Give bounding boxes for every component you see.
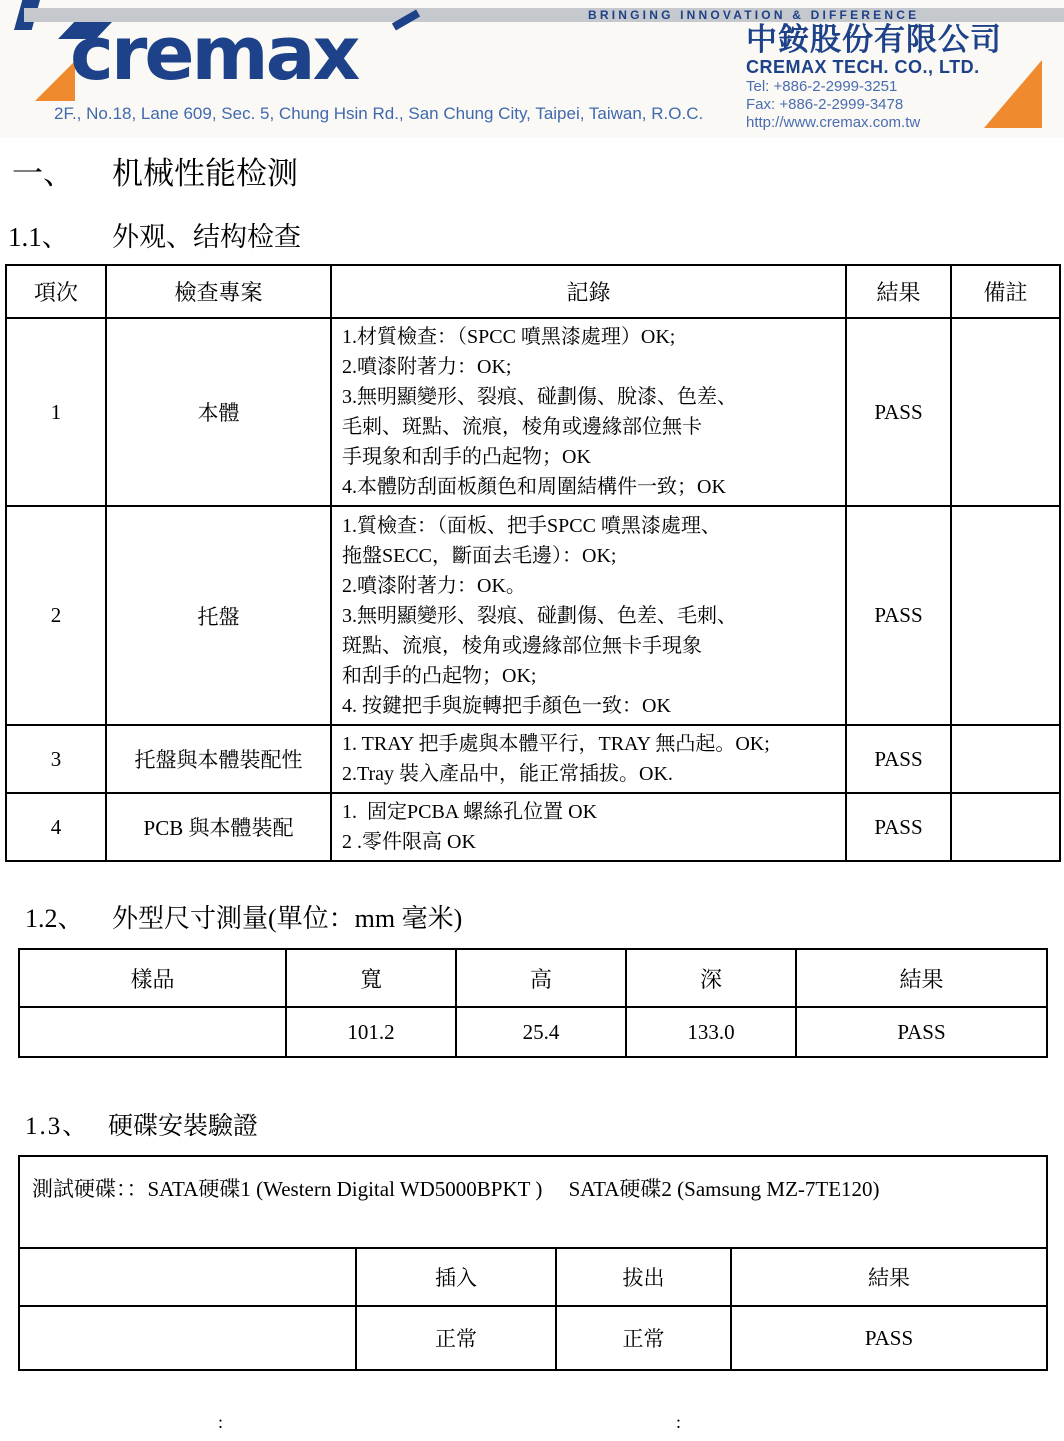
row1-note [951,318,1060,506]
drive-test-remove: 正常 [556,1306,731,1370]
report-page: BRINGING INNOVATION & DIFFERENCE cremax … [0,0,1064,1441]
section1-2-number: 1.2、 [25,898,84,935]
dimension-width: 101.2 [286,1007,456,1057]
col-header-sample: 樣品 [19,949,286,1007]
dimension-sample [19,1007,286,1057]
row3-no: 3 [6,725,106,793]
row4-note [951,793,1060,861]
row3-item: 托盤與本體裝配性 [106,725,331,793]
company-website: http://www.cremax.com.tw [746,114,1002,132]
table-row: 測試硬碟：：SATA硬碟1 (Western Digital WD5000BPK… [19,1156,1047,1248]
col-header-height: 高 [456,949,626,1007]
row2-record: 1.質檢查：（面板、把手SPCC 噴黑漆處理、 拖盤SECC，斷面去毛邊）：OK… [331,506,846,725]
col-header-result: 結果 [731,1248,1047,1306]
section1-3-number: 1.3、 [25,1106,89,1142]
section1-1-title: 外观、结构检查 [112,215,301,254]
dimension-table-wrap: 樣品 寬 高 深 結果 101.2 25.4 133.0 PASS [18,948,1046,1058]
row1-result: PASS [846,318,951,506]
col-header-inspect-item: 檢查專案 [106,265,331,318]
row4-item: PCB 與本體裝配 [106,793,331,861]
row2-note [951,506,1060,725]
inspection-table-wrap: 項次 檢查專案 記錄 結果 備註 1 本體 1.材質檢查：（SPCC 噴黑漆處理… [5,264,1059,862]
row2-result: PASS [846,506,951,725]
inspection-table: 項次 檢查專案 記錄 結果 備註 1 本體 1.材質檢查：（SPCC 噴黑漆處理… [5,264,1061,862]
drive-test-table-wrap: 測試硬碟：：SATA硬碟1 (Western Digital WD5000BPK… [18,1155,1046,1371]
section1-3-title: 硬碟安裝驗證 [108,1106,258,1142]
table-row: 2 托盤 1.質檢查：（面板、把手SPCC 噴黑漆處理、 拖盤SECC，斷面去毛… [6,506,1060,725]
row2-item: 托盤 [106,506,331,725]
col-header-record: 記錄 [331,265,846,318]
col-header-remove: 拔出 [556,1248,731,1306]
drive-test-insert: 正常 [356,1306,556,1370]
row1-item: 本體 [106,318,331,506]
drive-test-result: PASS [731,1306,1047,1370]
table-row: 3 托盤與本體裝配性 1. TRAY 把手處與本體平行，TRAY 無凸起。OK;… [6,725,1060,793]
section1-1-number: 1.1、 [8,215,69,254]
inspection-table-header-row: 項次 檢查專案 記錄 結果 備註 [6,265,1060,318]
table-row: 1 本體 1.材質檢查：（SPCC 噴黑漆處理）OK; 2.噴漆附著力：OK; … [6,318,1060,506]
dimension-height: 25.4 [456,1007,626,1057]
dimension-depth: 133.0 [626,1007,796,1057]
dimension-table-header-row: 樣品 寬 高 深 結果 [19,949,1047,1007]
dimension-table: 樣品 寬 高 深 結果 101.2 25.4 133.0 PASS [18,948,1048,1058]
footer-colon: : [676,1412,681,1433]
col-header-result: 結果 [796,949,1047,1007]
col-header-item-no: 項次 [6,265,106,318]
dimension-result: PASS [796,1007,1047,1057]
col-header-depth: 深 [626,949,796,1007]
drive-test-table: 測試硬碟：：SATA硬碟1 (Western Digital WD5000BPK… [18,1155,1048,1371]
row3-result: PASS [846,725,951,793]
col-header-width: 寬 [286,949,456,1007]
test-drives-line: 測試硬碟：：SATA硬碟1 (Western Digital WD5000BPK… [19,1156,1047,1248]
row4-result: PASS [846,793,951,861]
col-header-result: 結果 [846,265,951,318]
footer-colon: : [218,1412,223,1433]
col-header-note: 備註 [951,265,1060,318]
table-row: 4 PCB 與本體裝配 1. 固定PCBA 螺絲孔位置 OK 2 .零件限高 O… [6,793,1060,861]
row4-record: 1. 固定PCBA 螺絲孔位置 OK 2 .零件限高 OK [331,793,846,861]
row3-note [951,725,1060,793]
section1-title: 机械性能检测 [112,148,298,193]
drive-test-header-row: 插入 拔出 結果 [19,1248,1047,1306]
company-contact-block: 中銨股份有限公司 CREMAX TECH. CO., LTD. Tel: +88… [746,24,1002,132]
row2-no: 2 [6,506,106,725]
table-row: 101.2 25.4 133.0 PASS [19,1007,1047,1057]
drive-test-blank-cell [19,1306,356,1370]
company-tel: Tel: +886-2-2999-3251 [746,78,1002,96]
cremax-logo: cremax [70,16,357,94]
row3-record: 1. TRAY 把手處與本體平行，TRAY 無凸起。OK; 2.Tray 裝入產… [331,725,846,793]
letterhead: BRINGING INNOVATION & DIFFERENCE cremax … [0,0,1064,138]
col-header-insert: 插入 [356,1248,556,1306]
company-address: 2F., No.18, Lane 609, Sec. 5, Chung Hsin… [54,104,703,124]
drive-test-blank-cell [19,1248,356,1306]
row1-record: 1.材質檢查：（SPCC 噴黑漆處理）OK; 2.噴漆附著力：OK; 3.無明顯… [331,318,846,506]
company-tagline: BRINGING INNOVATION & DIFFERENCE [588,8,919,22]
row4-no: 4 [6,793,106,861]
logo-triangle-icon [35,61,75,101]
row1-no: 1 [6,318,106,506]
company-name-english: CREMAX TECH. CO., LTD. [746,57,1002,78]
section1-2-title: 外型尺寸測量(單位：mm 毫米) [112,898,462,935]
company-name-chinese: 中銨股份有限公司 [746,24,1002,57]
company-fax: Fax: +886-2-2999-3478 [746,96,1002,114]
table-row: 正常 正常 PASS [19,1306,1047,1370]
section1-number: 一、 [12,148,74,193]
